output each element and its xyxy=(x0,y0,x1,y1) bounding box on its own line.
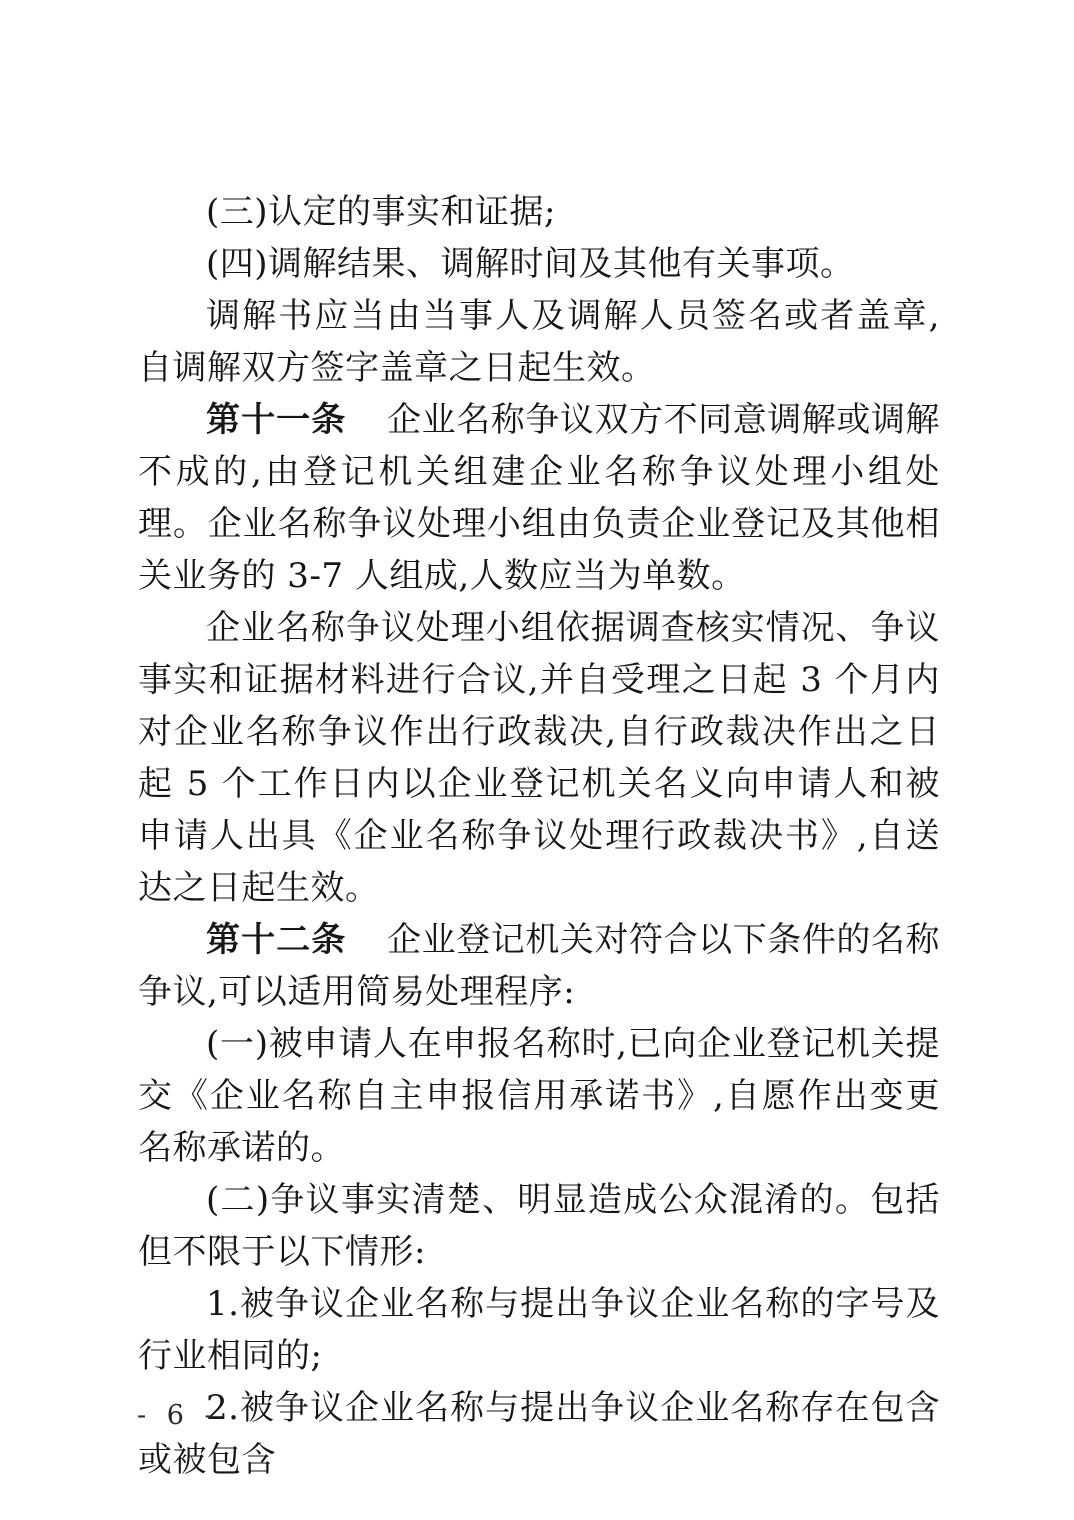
paragraph-text: (三)认定的事实和证据; xyxy=(206,192,556,232)
paragraph: (一)被申请人在申报名称时,已向企业登记机关提交《企业名称自主申报信用承诺书》,… xyxy=(138,1018,940,1174)
paragraph-text: 2.被争议企业名称与提出争议企业名称存在包含或被包含 xyxy=(138,1388,940,1480)
paragraph-text: 企业名称争议处理小组依据调查核实情况、争议事实和证据材料进行合议,并自受理之日起… xyxy=(138,608,940,908)
paragraph-text: (二)争议事实清楚、明显造成公众混淆的。包括但不限于以下情形: xyxy=(138,1180,940,1272)
paragraph: (三)认定的事实和证据; xyxy=(138,186,940,238)
paragraph: 第十一条企业名称争议双方不同意调解或调解不成的,由登记机关组建企业名称争议处理小… xyxy=(138,394,940,602)
paragraph: (二)争议事实清楚、明显造成公众混淆的。包括但不限于以下情形: xyxy=(138,1174,940,1278)
paragraph: 企业名称争议处理小组依据调查核实情况、争议事实和证据材料进行合议,并自受理之日起… xyxy=(138,602,940,914)
document-page: (三)认定的事实和证据; (四)调解结果、调解时间及其他有关事项。 调解书应当由… xyxy=(0,0,1074,1520)
paragraph-text: (四)调解结果、调解时间及其他有关事项。 xyxy=(206,244,855,284)
paragraph: 1.被争议企业名称与提出争议企业名称的字号及行业相同的; xyxy=(138,1278,940,1382)
paragraph: 第十二条企业登记机关对符合以下条件的名称争议,可以适用简易处理程序: xyxy=(138,914,940,1018)
paragraph: 调解书应当由当事人及调解人员签名或者盖章,自调解双方签字盖章之日起生效。 xyxy=(138,290,940,394)
article-number: 第十一条 xyxy=(206,400,346,440)
paragraph: 2.被争议企业名称与提出争议企业名称存在包含或被包含 xyxy=(138,1382,940,1486)
article-number: 第十二条 xyxy=(206,920,346,960)
paragraph-text: 1.被争议企业名称与提出争议企业名称的字号及行业相同的; xyxy=(138,1284,940,1376)
footer-page-number: - 6 - xyxy=(137,1398,216,1434)
paragraph-text: 调解书应当由当事人及调解人员签名或者盖章,自调解双方签字盖章之日起生效。 xyxy=(138,296,940,388)
paragraph: (四)调解结果、调解时间及其他有关事项。 xyxy=(138,238,940,290)
paragraph-text: (一)被申请人在申报名称时,已向企业登记机关提交《企业名称自主申报信用承诺书》,… xyxy=(138,1024,940,1168)
document-body-text: (三)认定的事实和证据; (四)调解结果、调解时间及其他有关事项。 调解书应当由… xyxy=(138,186,940,1486)
